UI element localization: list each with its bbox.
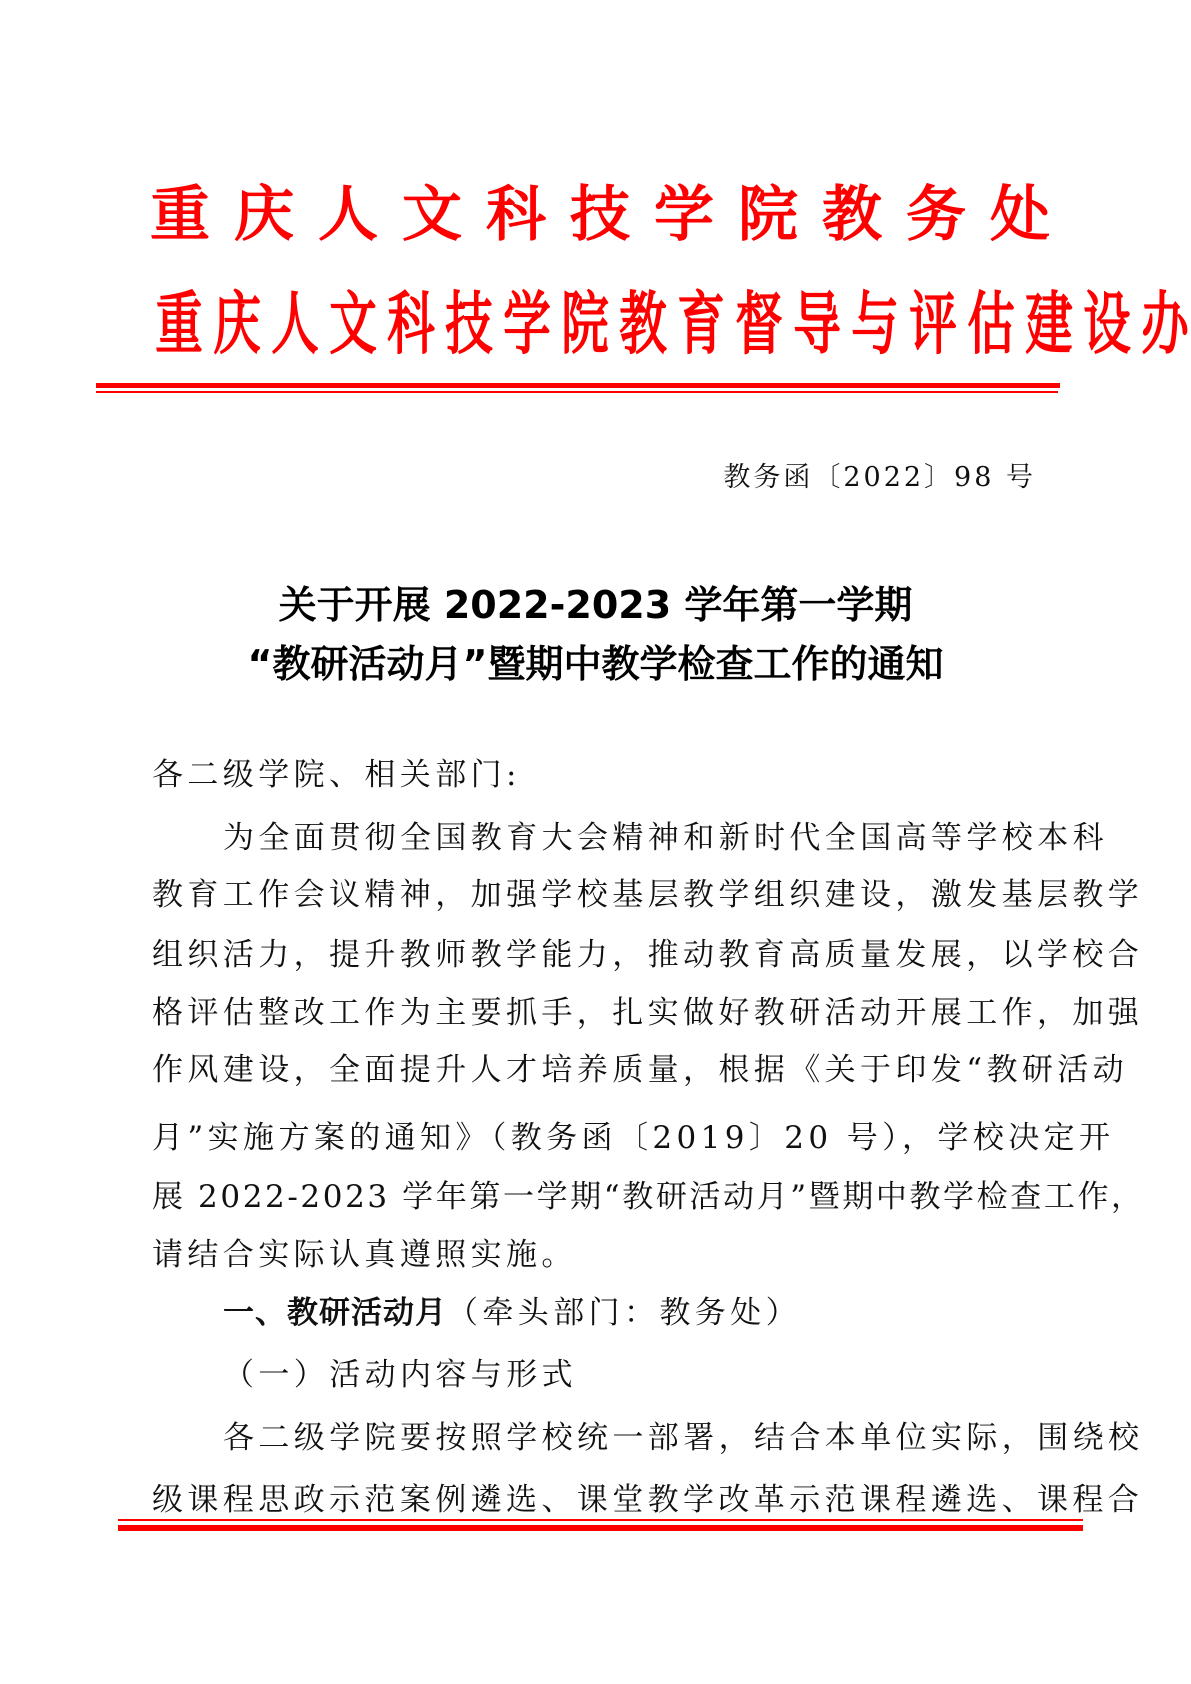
footer-divider-thick [118, 1525, 1083, 1531]
letterhead-char: 学 [503, 278, 551, 370]
letterhead-char: 文 [329, 278, 377, 370]
document-title-line-2: “教研活动月”暨期中教学检查工作的通知 [0, 633, 1191, 688]
letterhead-char: 技 [570, 180, 630, 250]
letterhead-char: 人 [271, 278, 319, 370]
section-heading-title: 一、教研活动月 [223, 1295, 447, 1331]
letterhead-char: 庆 [213, 278, 261, 370]
letterhead-char: 办 [1141, 278, 1189, 370]
letterhead-char: 院 [738, 180, 798, 250]
paragraph-line: 月”实施方案的通知》（教务函〔2019〕20 号），学校决定开 [152, 1118, 1047, 1158]
paragraph-line: 展 2022-2023 学年第一学期“教研活动月”暨期中教学检查工作， [152, 1177, 1047, 1217]
section-heading-note: （牵头部门：教务处） [447, 1295, 801, 1331]
letterhead-char: 与 [851, 278, 899, 370]
letterhead-supervision-office: 重 庆 人 文 科 技 学 院 教 育 督 导 与 评 估 建 设 办 公 室 [150, 285, 1050, 363]
letterhead-char: 重 [150, 180, 210, 250]
letterhead-char: 评 [909, 278, 957, 370]
section-heading-1: 一、教研活动月（牵头部门：教务处） [223, 1293, 1047, 1333]
salutation: 各二级学院、相关部门: [152, 755, 1047, 795]
letterhead-char: 建 [1025, 278, 1073, 370]
letterhead-char: 处 [990, 180, 1050, 250]
letterhead-char: 督 [735, 278, 783, 370]
letterhead-char: 教 [822, 180, 882, 250]
document-number: 教务函〔2022〕98 号 [723, 455, 1036, 494]
letterhead-char: 重 [155, 278, 203, 370]
letterhead-divider-thick [96, 383, 1060, 388]
document-page: 重 庆 人 文 科 技 学 院 教 务 处 重 庆 人 文 科 技 学 院 教 … [0, 0, 1191, 1684]
letterhead-char: 育 [677, 278, 725, 370]
letterhead-char: 学 [654, 180, 714, 250]
letterhead-char: 估 [967, 278, 1015, 370]
paragraph-line: 教育工作会议精神，加强学校基层教学组织建设，激发基层教学 [152, 875, 1047, 915]
paragraph-line: 为全面贯彻全国教育大会精神和新时代全国高等学校本科 [223, 818, 1047, 858]
paragraph-line: 各二级学院要按照学校统一部署，结合本单位实际，围绕校 [223, 1418, 1047, 1458]
letterhead-char: 科 [387, 278, 435, 370]
letterhead-char: 庆 [234, 180, 294, 250]
letterhead-char: 设 [1083, 278, 1131, 370]
paragraph-line: 级课程思政示范案例遴选、课堂教学改革示范课程遴选、课程合 [152, 1480, 1047, 1520]
letterhead-char: 院 [561, 278, 609, 370]
letterhead-char: 务 [906, 180, 966, 250]
letterhead-char: 科 [486, 180, 546, 250]
subsection-heading-1: （一）活动内容与形式 [223, 1355, 1047, 1395]
paragraph-line: 请结合实际认真遵照实施。 [152, 1235, 1047, 1275]
paragraph-line: 组织活力，提升教师教学能力，推动教育高质量发展，以学校合 [152, 935, 1047, 975]
paragraph-line: 格评估整改工作为主要抓手，扎实做好教研活动开展工作，加强 [152, 993, 1047, 1033]
letterhead-char: 技 [445, 278, 493, 370]
letterhead-divider-thin [96, 391, 1058, 393]
letterhead-char: 教 [619, 278, 667, 370]
letterhead-char: 导 [793, 278, 841, 370]
letterhead-char: 文 [402, 180, 462, 250]
letterhead-char: 人 [318, 180, 378, 250]
letterhead-academic-affairs-office: 重 庆 人 文 科 技 学 院 教 务 处 [150, 180, 1050, 250]
paragraph-line: 作风建设，全面提升人才培养质量，根据《关于印发“教研活动 [152, 1050, 1047, 1090]
document-title-line-1: 关于开展 2022-2023 学年第一学期 [0, 574, 1191, 629]
footer-divider-thin [118, 1519, 1083, 1521]
